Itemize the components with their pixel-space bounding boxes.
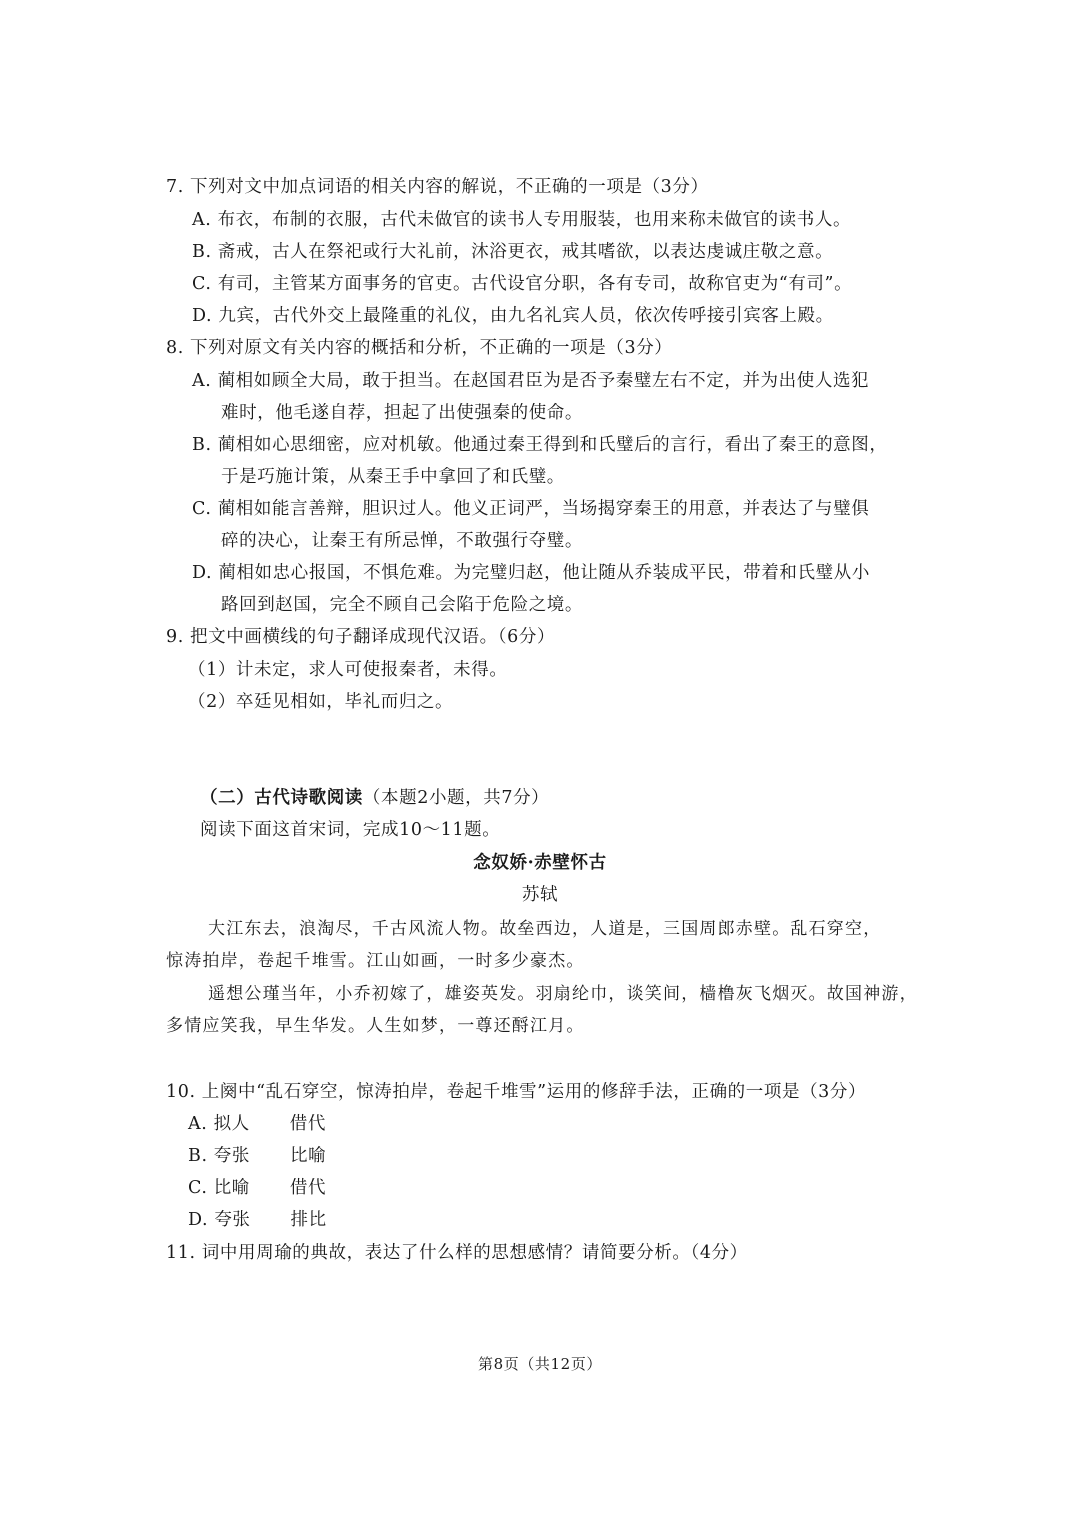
q8-option-c-line1: C. 蔺相如能言善辩，胆识过人。他义正词严，当场揭穿秦王的用意，并表达了与璧俱 [192,498,869,520]
section2-instruction: 阅读下面这首宋词，完成10～11题。 [200,819,500,841]
q8-option-b-line2: 于是巧施计策，从秦王手中拿回了和氏璧。 [221,466,565,488]
page-number: 第8页（共12页） [0,1353,1080,1375]
q9-item-2: （2）卒廷见相如，毕礼而归之。 [188,691,453,713]
section2-title: （二）古代诗歌阅读 [200,788,363,808]
q9-item-1: （1）计未定，求人可使报秦者，未得。 [188,659,507,681]
poem-line-4: 多情应笑我，早生华发。人生如梦，一尊还酹江月。 [166,1015,585,1037]
poem-line-1: 大江东去，浪淘尽，千古风流人物。故垒西边，人道是，三国周郎赤壁。乱石穿空， [208,918,881,940]
q11-stem: 11. 词中用周瑜的典故，表达了什么样的思想感情？请简要分析。（4分） [166,1242,748,1264]
q10-option-d-second: 排比 [291,1210,327,1230]
q7-option-b: B. 斋戒，古人在祭祀或行大礼前，沐浴更衣，戒其嗜欲，以表达虔诚庄敬之意。 [192,241,833,263]
q7-option-a: A. 布衣，布制的衣服，古代未做官的读书人专用服装，也用来称未做官的读书人。 [192,209,851,231]
section2-note: （本题2小题，共7分） [363,788,549,808]
q7-option-c: C. 有司，主管某方面事务的官吏。古代设官分职，各有专司，故称官吏为“有司”。 [192,273,852,295]
q8-option-a-line1: A. 蔺相如顾全大局，敢于担当。在赵国君臣为是否予秦璧左右不定，并为出使人选犯 [192,370,869,392]
q8-option-c-line2: 碎的决心，让秦王有所忌惮，不敢强行夺璧。 [221,530,583,552]
q10-option-c-first: C. 比喻 [188,1178,250,1198]
poem-line-2: 惊涛拍岸，卷起千堆雪。江山如画，一时多少豪杰。 [166,950,585,972]
q10-option-b: B. 夸张比喻 [188,1145,326,1167]
poem-line-3: 遥想公瑾当年，小乔初嫁了，雄姿英发。羽扇纶巾，谈笑间，樯橹灰飞烟灭。故国神游， [208,983,918,1005]
q8-option-d-line1: D. 蔺相如忠心报国，不惧危难。为完璧归赵，他让随从乔装成平民，带着和氏璧从小 [192,562,870,584]
q10-option-b-first: B. 夸张 [188,1146,250,1166]
q7-stem: 7. 下列对文中加点词语的相关内容的解说，不正确的一项是（3分） [166,176,709,198]
poem-title: 念奴娇·赤壁怀古 [0,852,1080,874]
q8-stem: 8. 下列对原文有关内容的概括和分析，不正确的一项是（3分） [166,337,672,359]
q8-option-b-line1: B. 蔺相如心思细密，应对机敏。他通过秦王得到和氏璧后的言行，看出了秦王的意图， [192,434,887,456]
q10-option-a-first: A. 拟人 [188,1114,250,1134]
q7-option-d: D. 九宾，古代外交上最隆重的礼仪，由九名礼宾人员，依次传呼接引宾客上殿。 [192,305,834,327]
q8-option-a-line2: 难时，他毛遂自荐，担起了出使强秦的使命。 [221,402,583,424]
q10-option-a-second: 借代 [290,1114,326,1134]
q9-stem: 9. 把文中画横线的句子翻译成现代汉语。（6分） [166,626,555,648]
q10-option-d-first: D. 夸张 [188,1210,251,1230]
exam-page: 7. 下列对文中加点词语的相关内容的解说，不正确的一项是（3分） A. 布衣，布… [0,0,1080,1527]
q10-option-d: D. 夸张排比 [188,1209,327,1231]
q10-option-a: A. 拟人借代 [188,1113,326,1135]
q10-option-c-second: 借代 [290,1178,326,1198]
section2-heading: （二）古代诗歌阅读（本题2小题，共7分） [200,787,549,809]
poem-author: 苏轼 [0,884,1080,906]
q8-option-d-line2: 路回到赵国，完全不顾自己会陷于危险之境。 [221,594,583,616]
q10-option-b-second: 比喻 [290,1146,326,1166]
q10-stem: 10. 上阕中“乱石穿空，惊涛拍岸，卷起千堆雪”运用的修辞手法，正确的一项是（3… [166,1081,866,1103]
q10-option-c: C. 比喻借代 [188,1177,326,1199]
